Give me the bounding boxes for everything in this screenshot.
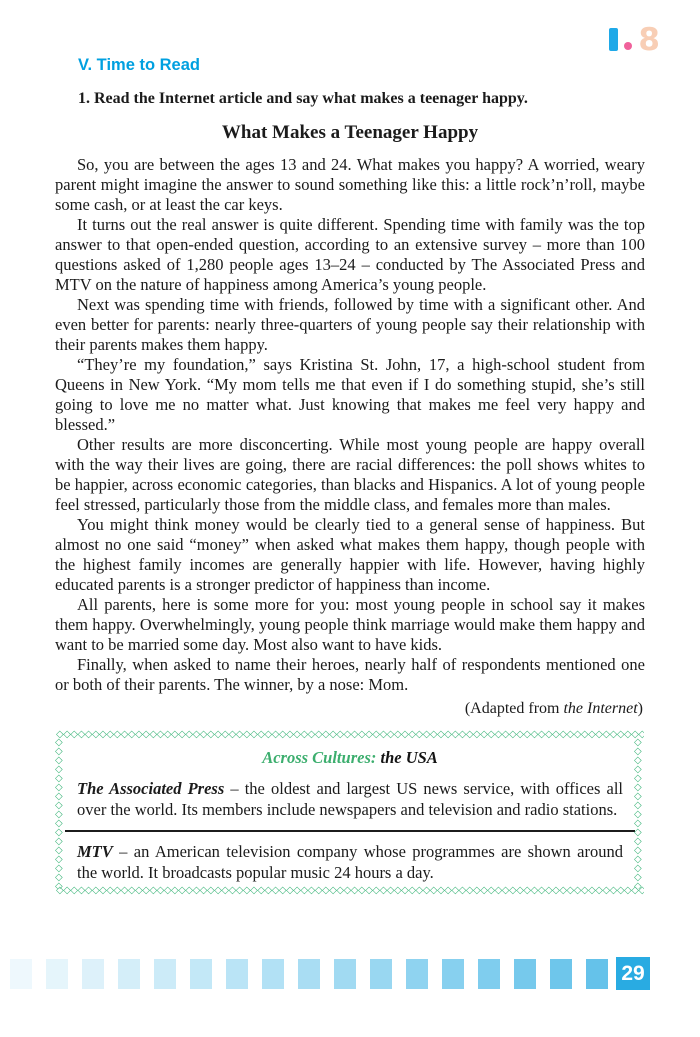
footer-square (262, 959, 284, 989)
article-paragraph: You might think money would be clearly t… (55, 515, 645, 595)
article-paragraph: Finally, when asked to name their heroes… (55, 655, 645, 695)
unit-digit-one-bar (609, 28, 618, 51)
footer-square (46, 959, 68, 989)
task-instruction: 1. Read the Internet article and say wha… (78, 90, 645, 108)
article-paragraph: It turns out the real answer is quite di… (55, 215, 645, 295)
diamond-border-left: ◇◇◇◇◇◇◇◇◇◇◇◇◇◇◇◇◇◇◇◇◇◇◇◇◇◇◇◇◇◇◇◇◇◇◇◇◇◇◇◇… (55, 738, 66, 889)
diamond-border-right: ◇◇◇◇◇◇◇◇◇◇◇◇◇◇◇◇◇◇◇◇◇◇◇◇◇◇◇◇◇◇◇◇◇◇◇◇◇◇◇◇… (634, 738, 645, 889)
attribution-line: (Adapted from the Internet) (55, 700, 643, 718)
section-heading: V. Time to Read (78, 56, 645, 75)
entry-definition: – an American television company whose p… (77, 842, 623, 882)
diamond-border-top: ◇◇◇◇◇◇◇◇◇◇◇◇◇◇◇◇◇◇◇◇◇◇◇◇◇◇◇◇◇◇◇◇◇◇◇◇◇◇◇◇… (56, 730, 644, 741)
footer-square (550, 959, 572, 989)
attribution-suffix: ) (638, 700, 643, 717)
culture-box-entry: The Associated Press – the oldest and la… (77, 778, 623, 820)
article-paragraph: All parents, here is some more for you: … (55, 595, 645, 655)
unit-lesson-marker: 8 (609, 26, 660, 54)
article-paragraph: “They’re my foundation,” says Kristina S… (55, 355, 645, 435)
culture-box-heading-topic: the USA (380, 748, 437, 767)
footer-square (514, 959, 536, 989)
culture-box-entry: MTV – an American television company who… (77, 841, 623, 883)
attribution-prefix: (Adapted from (465, 700, 564, 717)
footer-squares: 29 (10, 957, 650, 990)
diamond-border-bottom: ◇◇◇◇◇◇◇◇◇◇◇◇◇◇◇◇◇◇◇◇◇◇◇◇◇◇◇◇◇◇◇◇◇◇◇◇◇◇◇◇… (56, 886, 644, 897)
footer-square (226, 959, 248, 989)
across-cultures-box: ◇◇◇◇◇◇◇◇◇◇◇◇◇◇◇◇◇◇◇◇◇◇◇◇◇◇◇◇◇◇◇◇◇◇◇◇◇◇◇◇… (55, 731, 645, 896)
footer-square (118, 959, 140, 989)
footer-square (442, 959, 464, 989)
footer-square (154, 959, 176, 989)
entry-divider (65, 830, 635, 832)
footer-square (82, 959, 104, 989)
footer-square (10, 959, 32, 989)
lesson-digit-eight: 8 (638, 26, 660, 54)
entry-term: The Associated Press (77, 779, 224, 798)
footer-square (370, 959, 392, 989)
footer-square (478, 959, 500, 989)
footer-square (334, 959, 356, 989)
article-title: What Makes a Teenager Happy (55, 122, 645, 144)
article-paragraph: Other results are more disconcerting. Wh… (55, 435, 645, 515)
footer-square (298, 959, 320, 989)
footer-square (586, 959, 608, 989)
article-paragraph: So, you are between the ages 13 and 24. … (55, 155, 645, 215)
page-number: 29 (616, 957, 650, 990)
entry-term: MTV (77, 842, 113, 861)
page-content: V. Time to Read 1. Read the Internet art… (55, 56, 645, 896)
culture-box-heading-label: Across Cultures: (262, 748, 380, 767)
footer-square (406, 959, 428, 989)
footer-square (190, 959, 212, 989)
marker-dot (624, 42, 632, 50)
attribution-source: the Internet (563, 700, 637, 717)
article-paragraph: Next was spending time with friends, fol… (55, 295, 645, 355)
culture-box-heading: Across Cultures: the USA (77, 748, 623, 768)
